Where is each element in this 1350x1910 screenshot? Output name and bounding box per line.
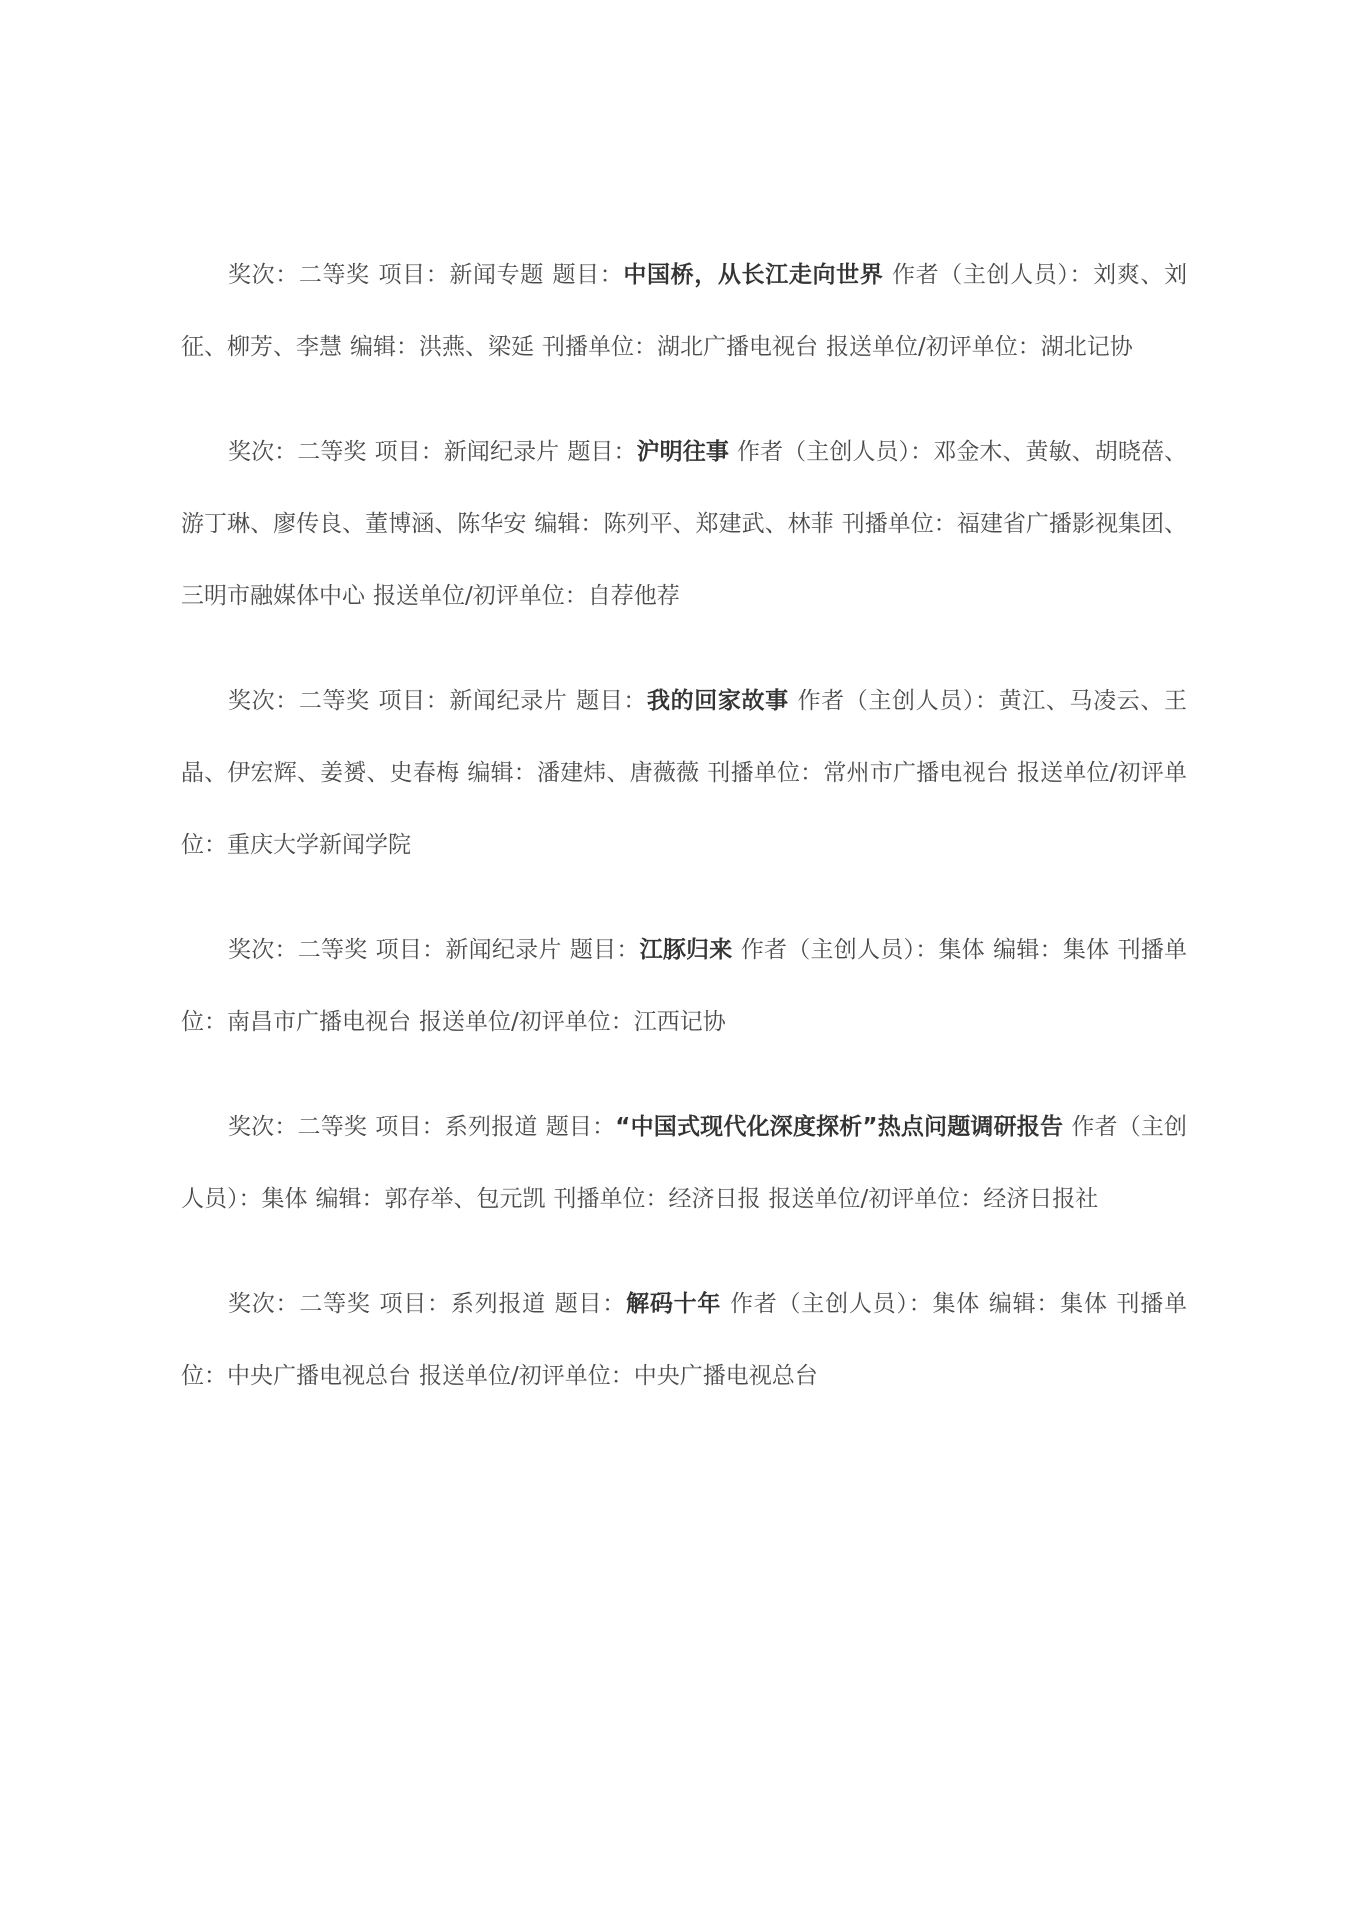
title-label: 题目： bbox=[554, 1291, 626, 1317]
entry-title: “中国式现代化深度探析”热点问题调研报告 bbox=[615, 1114, 1063, 1140]
title-label: 题目： bbox=[546, 1114, 616, 1140]
submitter-label: 报送单位/初评单位： bbox=[769, 1186, 984, 1212]
publisher-label: 刊播单位： bbox=[554, 1186, 669, 1212]
submitter-label: 报送单位/初评单位： bbox=[419, 1009, 634, 1035]
award-label: 奖次： bbox=[228, 1291, 299, 1317]
authors-value: 集体 bbox=[262, 1186, 308, 1212]
submitter-label: 报送单位/初评单位： bbox=[419, 1363, 634, 1389]
author-label: 作者（主创人员）： bbox=[737, 439, 933, 465]
award-entry: 奖次：二等奖项目：新闻纪录片题目：江豚归来作者（主创人员）：集体编辑：集体刊播单… bbox=[181, 914, 1187, 1058]
project-value: 系列报道 bbox=[451, 1291, 546, 1317]
award-label: 奖次： bbox=[228, 688, 299, 714]
submitter-label: 报送单位/初评单位： bbox=[826, 334, 1041, 360]
project-label: 项目： bbox=[375, 937, 445, 963]
project-value: 新闻纪录片 bbox=[445, 937, 561, 963]
editor-label: 编辑： bbox=[350, 334, 419, 360]
editor-label: 编辑： bbox=[993, 937, 1063, 963]
project-value: 新闻纪录片 bbox=[449, 688, 567, 714]
submitter-value: 湖北记协 bbox=[1041, 334, 1133, 360]
project-label: 项目： bbox=[375, 439, 444, 465]
submitter-value: 经济日报社 bbox=[983, 1186, 1098, 1212]
title-label: 题目： bbox=[576, 688, 648, 714]
editor-label: 编辑： bbox=[316, 1186, 385, 1212]
entry-title: 解码十年 bbox=[626, 1291, 721, 1317]
award-entry: 奖次：二等奖项目：系列报道题目：解码十年作者（主创人员）：集体编辑：集体刊播单位… bbox=[181, 1268, 1187, 1412]
editor-label: 编辑： bbox=[534, 511, 603, 537]
submitter-value: 中央广播电视总台 bbox=[634, 1363, 818, 1389]
publisher-value: 湖北广播电视台 bbox=[657, 334, 818, 360]
editor-label: 编辑： bbox=[467, 760, 537, 786]
editors-value: 郭存举、包元凯 bbox=[385, 1186, 546, 1212]
publisher-label: 刊播单位： bbox=[707, 760, 823, 786]
author-label: 作者（主创人员）： bbox=[741, 937, 939, 963]
entry-title: 中国桥，从长江走向世界 bbox=[623, 262, 883, 288]
publisher-label: 刊播单位： bbox=[842, 511, 957, 537]
editors-value: 陈列平、郑建武、林菲 bbox=[603, 511, 833, 537]
award-value: 二等奖 bbox=[297, 439, 366, 465]
project-value: 系列报道 bbox=[445, 1114, 538, 1140]
editors-value: 集体 bbox=[1063, 937, 1109, 963]
author-label: 作者（主创人员）： bbox=[891, 262, 1093, 288]
award-value: 二等奖 bbox=[299, 1291, 370, 1317]
editors-value: 潘建炜、唐薇薇 bbox=[537, 760, 699, 786]
award-label: 奖次： bbox=[228, 262, 299, 288]
author-label: 作者（主创人员）： bbox=[729, 1291, 932, 1317]
editor-label: 编辑： bbox=[988, 1291, 1060, 1317]
submitter-value: 江西记协 bbox=[634, 1009, 726, 1035]
award-value: 二等奖 bbox=[299, 262, 370, 288]
publisher-value: 南昌市广播电视台 bbox=[227, 1009, 411, 1035]
project-value: 新闻专题 bbox=[449, 262, 544, 288]
title-label: 题目： bbox=[570, 937, 640, 963]
editors-value: 集体 bbox=[1060, 1291, 1108, 1317]
award-entry: 奖次：二等奖项目：新闻纪录片题目：我的回家故事作者（主创人员）：黄江、马凌云、王… bbox=[181, 665, 1187, 881]
document-page: 奖次：二等奖项目：新闻专题题目：中国桥，从长江走向世界作者（主创人员）：刘爽、刘… bbox=[181, 239, 1187, 1445]
authors-value: 集体 bbox=[932, 1291, 980, 1317]
project-value: 新闻纪录片 bbox=[444, 439, 559, 465]
award-label: 奖次： bbox=[228, 937, 298, 963]
award-value: 二等奖 bbox=[298, 937, 368, 963]
entry-title: 沪明往事 bbox=[637, 439, 729, 465]
title-label: 题目： bbox=[567, 439, 636, 465]
project-label: 项目： bbox=[378, 688, 450, 714]
submitter-value: 重庆大学新闻学院 bbox=[227, 832, 411, 858]
project-label: 项目： bbox=[379, 1291, 451, 1317]
editors-value: 洪燕、梁延 bbox=[419, 334, 534, 360]
publisher-value: 经济日报 bbox=[669, 1186, 761, 1212]
publisher-value: 中央广播电视总台 bbox=[227, 1363, 411, 1389]
author-label: 作者（主创人员）： bbox=[797, 688, 999, 714]
award-entry: 奖次：二等奖项目：系列报道题目：“中国式现代化深度探析”热点问题调研报告作者（主… bbox=[181, 1091, 1187, 1235]
project-label: 项目： bbox=[378, 262, 450, 288]
submitter-label: 报送单位/初评单位： bbox=[373, 583, 588, 609]
project-label: 项目： bbox=[375, 1114, 445, 1140]
award-label: 奖次： bbox=[228, 1114, 298, 1140]
award-label: 奖次： bbox=[228, 439, 297, 465]
submitter-value: 自荐他荐 bbox=[588, 583, 680, 609]
award-value: 二等奖 bbox=[298, 1114, 368, 1140]
publisher-value: 常州市广播电视台 bbox=[823, 760, 1008, 786]
publisher-label: 刊播单位： bbox=[542, 334, 657, 360]
authors-value: 集体 bbox=[938, 937, 984, 963]
award-entry: 奖次：二等奖项目：新闻专题题目：中国桥，从长江走向世界作者（主创人员）：刘爽、刘… bbox=[181, 239, 1187, 383]
title-label: 题目： bbox=[552, 262, 624, 288]
entry-title: 江豚归来 bbox=[640, 937, 733, 963]
entry-title: 我的回家故事 bbox=[647, 688, 789, 714]
award-entry: 奖次：二等奖项目：新闻纪录片题目：沪明往事作者（主创人员）：邓金木、黄敏、胡晓蓓… bbox=[181, 416, 1187, 632]
award-value: 二等奖 bbox=[299, 688, 370, 714]
